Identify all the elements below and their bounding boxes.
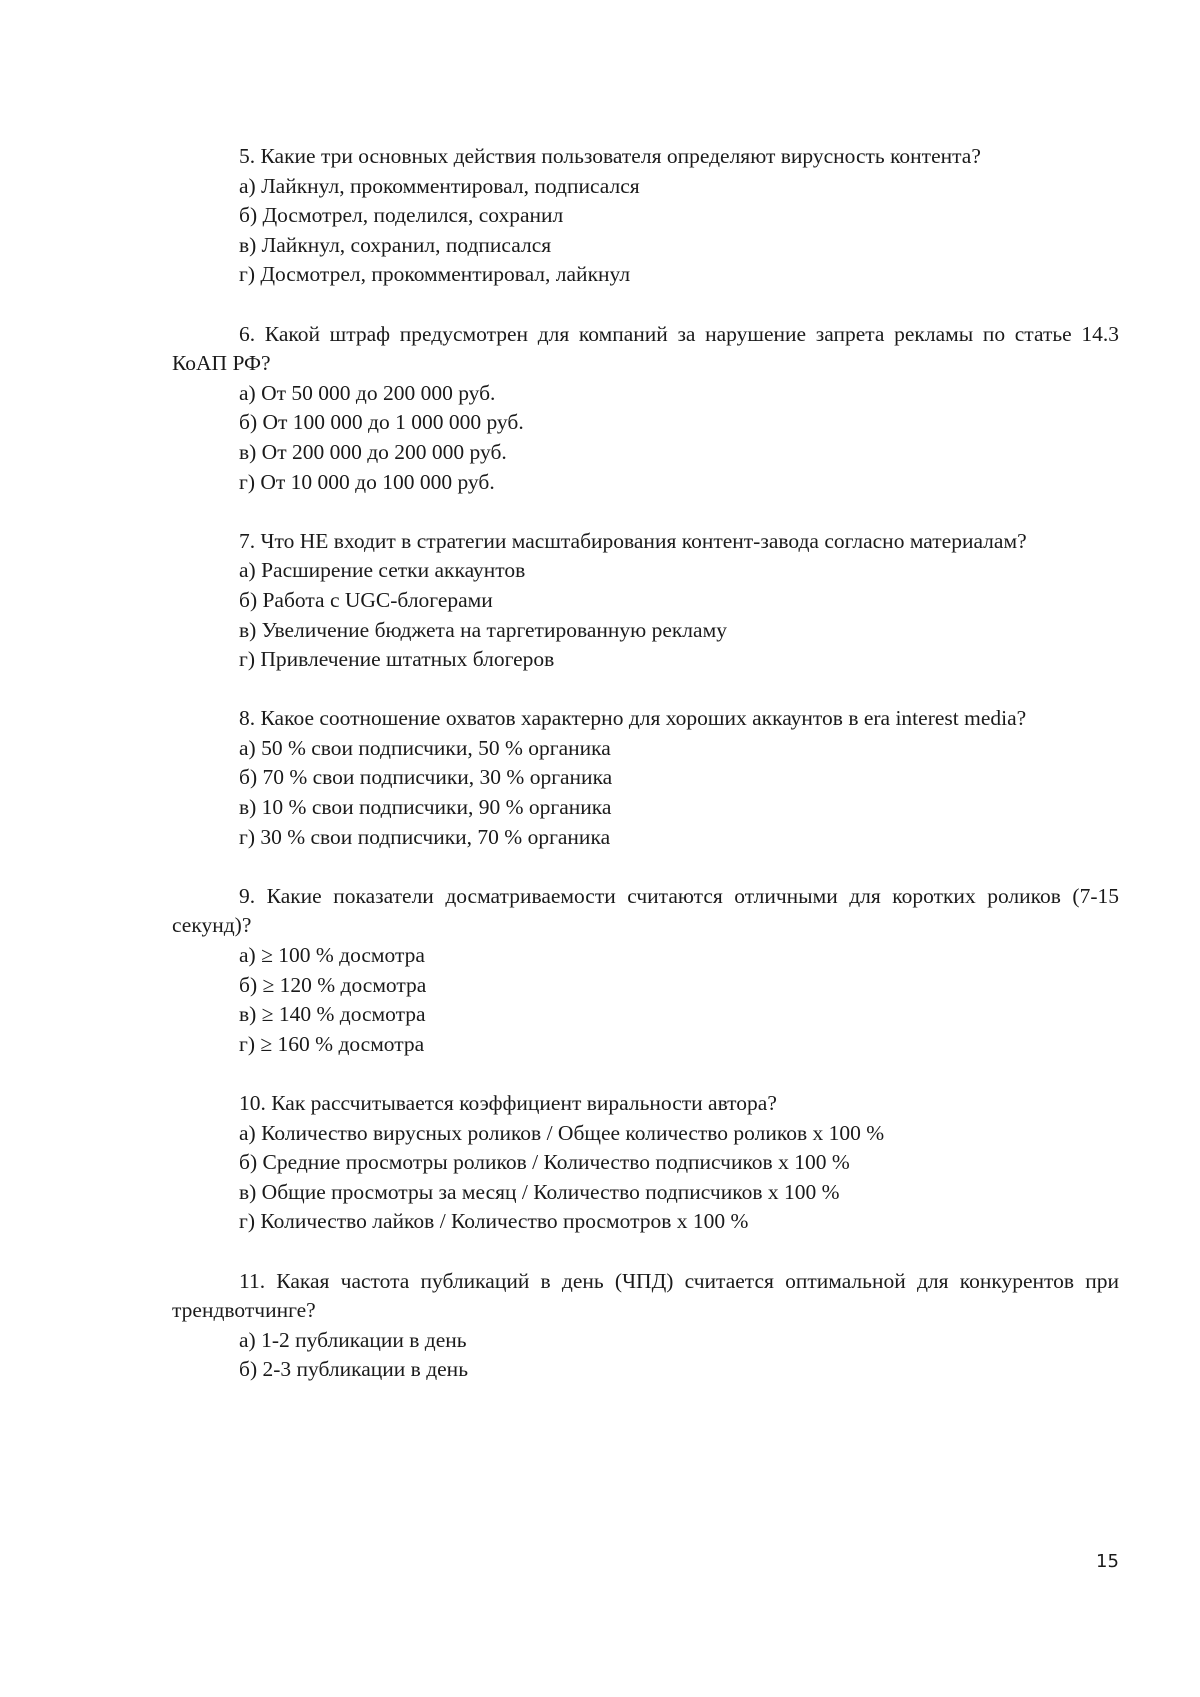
answer-option: б) Средние просмотры роликов / Количеств… bbox=[172, 1148, 1119, 1178]
question-10: 10. Как рассчитывается коэффициент вирал… bbox=[172, 1089, 1119, 1237]
question-11: 11. Какая частота публикаций в день (ЧПД… bbox=[172, 1267, 1119, 1385]
question-text: 9. Какие показатели досматриваемости счи… bbox=[172, 882, 1119, 941]
question-text: 7. Что НЕ входит в стратегии масштабиров… bbox=[172, 527, 1119, 557]
question-text: 10. Как рассчитывается коэффициент вирал… bbox=[172, 1089, 1119, 1119]
answer-option: в) От 200 000 до 200 000 руб. bbox=[172, 438, 1119, 468]
answer-option: а) Расширение сетки аккаунтов bbox=[172, 556, 1119, 586]
answer-option: в) 10 % свои подписчики, 90 % органика bbox=[172, 793, 1119, 823]
document-page: 5. Какие три основных действия пользоват… bbox=[172, 142, 1119, 1415]
question-text: 8. Какое соотношение охватов характерно … bbox=[172, 704, 1119, 734]
answer-option: г) Количество лайков / Количество просмо… bbox=[172, 1207, 1119, 1237]
answer-option: б) Работа с UGC-блогерами bbox=[172, 586, 1119, 616]
answer-option: б) От 100 000 до 1 000 000 руб. bbox=[172, 408, 1119, 438]
answer-option: а) 1-2 публикации в день bbox=[172, 1326, 1119, 1356]
answer-option: б) ≥ 120 % досмотра bbox=[172, 971, 1119, 1001]
answer-option: в) Увеличение бюджета на таргетированную… bbox=[172, 616, 1119, 646]
answer-option: г) Привлечение штатных блогеров bbox=[172, 645, 1119, 675]
answer-option: в) ≥ 140 % досмотра bbox=[172, 1000, 1119, 1030]
question-6: 6. Какой штраф предусмотрен для компаний… bbox=[172, 320, 1119, 498]
page-number: 15 bbox=[1096, 1551, 1119, 1572]
answer-option: г) Досмотрел, прокомментировал, лайкнул bbox=[172, 260, 1119, 290]
answer-option: б) Досмотрел, поделился, сохранил bbox=[172, 201, 1119, 231]
answer-option: в) Общие просмотры за месяц / Количество… bbox=[172, 1178, 1119, 1208]
question-text: 11. Какая частота публикаций в день (ЧПД… bbox=[172, 1267, 1119, 1326]
answer-option: г) 30 % свои подписчики, 70 % органика bbox=[172, 823, 1119, 853]
answer-option: г) От 10 000 до 100 000 руб. bbox=[172, 468, 1119, 498]
answer-option: а) Лайкнул, прокомментировал, подписался bbox=[172, 172, 1119, 202]
answer-option: а) ≥ 100 % досмотра bbox=[172, 941, 1119, 971]
answer-option: б) 70 % свои подписчики, 30 % органика bbox=[172, 763, 1119, 793]
question-5: 5. Какие три основных действия пользоват… bbox=[172, 142, 1119, 290]
question-9: 9. Какие показатели досматриваемости счи… bbox=[172, 882, 1119, 1060]
answer-option: г) ≥ 160 % досмотра bbox=[172, 1030, 1119, 1060]
question-8: 8. Какое соотношение охватов характерно … bbox=[172, 704, 1119, 852]
answer-option: в) Лайкнул, сохранил, подписался bbox=[172, 231, 1119, 261]
question-7: 7. Что НЕ входит в стратегии масштабиров… bbox=[172, 527, 1119, 675]
answer-option: б) 2-3 публикации в день bbox=[172, 1355, 1119, 1385]
answer-option: а) От 50 000 до 200 000 руб. bbox=[172, 379, 1119, 409]
question-text: 5. Какие три основных действия пользоват… bbox=[172, 142, 1119, 172]
answer-option: а) Количество вирусных роликов / Общее к… bbox=[172, 1119, 1119, 1149]
question-text: 6. Какой штраф предусмотрен для компаний… bbox=[172, 320, 1119, 379]
answer-option: а) 50 % свои подписчики, 50 % органика bbox=[172, 734, 1119, 764]
